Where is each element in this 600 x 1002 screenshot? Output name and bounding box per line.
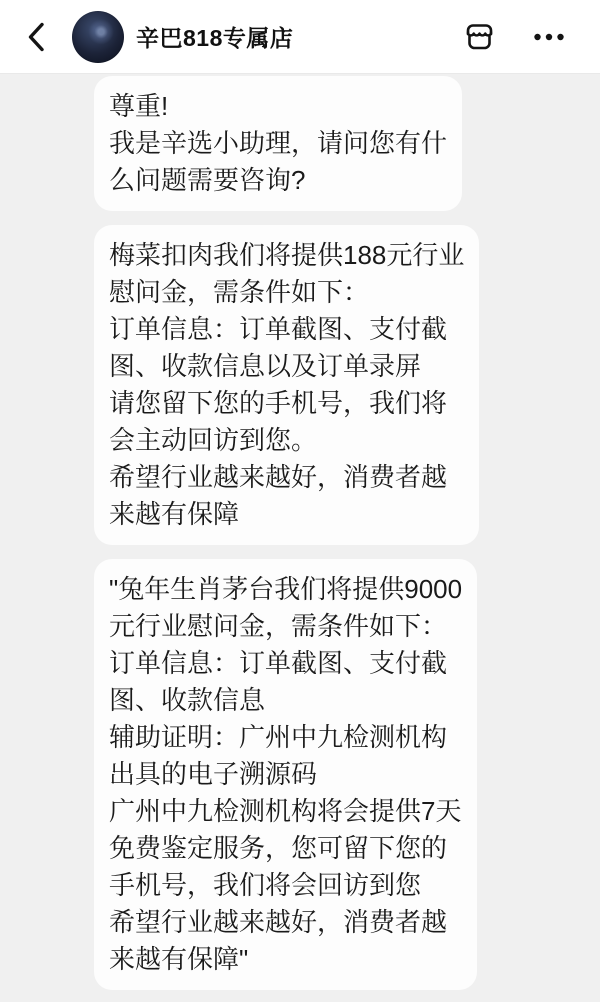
chat-bubble: 尊重! 我是辛选小助理，请问您有什 么问题需要咨询?: [94, 76, 462, 211]
more-dots-icon: [533, 32, 565, 42]
chat-area[interactable]: 尊重! 我是辛选小助理，请问您有什 么问题需要咨询?梅菜扣肉我们将提供188元行…: [0, 74, 600, 1001]
chat-bubble: "兔年生肖茅台我们将提供9000 元行业慰问金，需条件如下： 订单信息：订单截图…: [94, 559, 477, 990]
store-avatar[interactable]: [72, 11, 124, 63]
chat-header: 辛巴818专属店: [0, 0, 600, 74]
chevron-left-icon: [27, 22, 45, 52]
header-actions: [462, 20, 566, 54]
chat-bubble: 梅菜扣肉我们将提供188元行业 慰问金，需条件如下： 订单信息：订单截图、支付截…: [94, 225, 479, 545]
more-button[interactable]: [532, 20, 566, 54]
back-button[interactable]: [24, 20, 48, 54]
shop-button[interactable]: [462, 20, 496, 54]
store-title: 辛巴818专属店: [136, 20, 293, 53]
storefront-icon: [463, 21, 496, 52]
